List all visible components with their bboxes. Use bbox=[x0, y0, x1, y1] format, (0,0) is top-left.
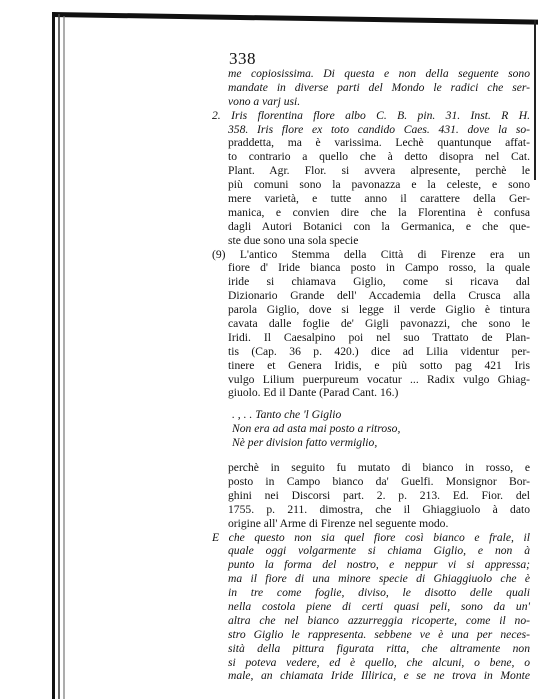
text-line: fiore d' Iride bianca posto in Campo ros… bbox=[228, 261, 530, 275]
footnote-2: 2. Iris florentina flore albo C. B. pin.… bbox=[212, 109, 530, 248]
text-line: stro Giglio le rappresenta. sebbene ve è… bbox=[228, 628, 530, 642]
text-line: Dizionario Grande dell' Accademia della … bbox=[228, 289, 530, 303]
page-number: 338 bbox=[229, 49, 256, 69]
paragraph-after-poem: perchè in seguito fu mutato di bianco in… bbox=[212, 461, 530, 530]
text-line: perchè in seguito fu mutato di bianco in… bbox=[228, 461, 530, 475]
verse-line: . , . . Tanto che 'l Giglio bbox=[232, 408, 530, 422]
text-line: più comuni sono la pavonazza e la celest… bbox=[228, 178, 530, 192]
text-line: Iridi. Il Caesalpino poi nel suo Trattat… bbox=[228, 331, 530, 345]
text-line: 2. Iris florentina flore albo C. B. pin.… bbox=[212, 109, 530, 123]
page-border-right bbox=[534, 20, 536, 180]
text-line: iride si chiamava Giglio, come si ricava… bbox=[228, 275, 530, 289]
text-line: sità della pittura figurata ritta, che a… bbox=[228, 642, 530, 656]
verse-line: Non era ad asta mai posto a ritroso, bbox=[232, 422, 530, 436]
text-line: E che questo non sia quel fiore così bia… bbox=[212, 531, 530, 545]
text-line: dagli Autori Botanici con la Germanica, … bbox=[228, 220, 530, 234]
page-binding-shadow bbox=[58, 14, 60, 699]
text-line: 1755. p. 211. dimostra, che il Ghiaggiuo… bbox=[228, 503, 530, 517]
footnote-9: (9) L'antico Stemma della Città di Firen… bbox=[212, 248, 530, 401]
text-line: nella costola piene di certi quasi peli,… bbox=[228, 600, 530, 614]
text-line: origine all' Arme di Firenze nel seguent… bbox=[228, 517, 530, 531]
text-line: ma il fiore di una minore specie di Ghia… bbox=[228, 572, 530, 586]
text-line: tinere et Genera Iridis, e più sotto pag… bbox=[228, 359, 530, 373]
verse-line: Nè per division fatto vermiglio, bbox=[232, 436, 530, 450]
text-line: praddetta, ma è varissima. Lechè quantun… bbox=[228, 136, 530, 150]
text-line: mandate in diverse parti del Mondo le ra… bbox=[228, 81, 530, 95]
text-line: cavata dalle foglie de' Gigli pavonazzi,… bbox=[228, 317, 530, 331]
page-border-top bbox=[52, 12, 538, 25]
text-line: to contrario a quello che à detto disopr… bbox=[228, 150, 530, 164]
text-line: quale oggi volgarmente si chiama Giglio,… bbox=[228, 544, 530, 558]
text-line: in tre come foglie, diviso, le disotto d… bbox=[228, 586, 530, 600]
text-line: vono a varj usi. bbox=[228, 95, 530, 109]
paragraph-continuation: me copiosissima. Di questa e non della s… bbox=[212, 67, 530, 109]
borghini-quotation: E che questo non sia quel fiore così bia… bbox=[212, 531, 530, 684]
text-line: 358. Iris flore ex toto candido Caes. 43… bbox=[228, 123, 530, 137]
text-line: altra che nel bianco azzurreggia ricoper… bbox=[228, 614, 530, 628]
text-line: ste due sono una sola specie bbox=[228, 234, 530, 248]
page-border-left bbox=[52, 12, 55, 699]
text-line: male, an chiamata Iride Illirica, e se n… bbox=[228, 669, 530, 683]
text-line: Plant. Agr. Flor. si avvera alpresente, … bbox=[228, 164, 530, 178]
page-body: me copiosissima. Di questa e non della s… bbox=[212, 67, 530, 683]
text-line: tis (Cap. 36 p. 420.) dice ad Lilia vide… bbox=[228, 345, 530, 359]
text-line: ghini nei Discorsi part. 2. p. 213. Ed. … bbox=[228, 489, 530, 503]
text-line: mere varietà, e tutte anno il carattere … bbox=[228, 192, 530, 206]
text-line: giuolo. Ed il Dante (Parad Cant. 16.) bbox=[228, 386, 530, 400]
page-binding-shadow-inner bbox=[63, 16, 65, 699]
text-line: parola Giglio, dove si legge il verde Gi… bbox=[228, 303, 530, 317]
text-line: si poteva vedere, ed è quello, che alcun… bbox=[228, 656, 530, 670]
dante-quotation: . , . . Tanto che 'l Giglio Non era ad a… bbox=[212, 408, 530, 450]
text-line: posto in Campo bianco da' Guelfi. Monsig… bbox=[228, 475, 530, 489]
text-line: vulgo Lilium puerpureum vocatur ... Radi… bbox=[228, 373, 530, 387]
text-line: manica, e convien dire che la Florentina… bbox=[228, 206, 530, 220]
text-line: punto la forma del nostro, e neppur vi s… bbox=[228, 558, 530, 572]
text-line: (9) L'antico Stemma della Città di Firen… bbox=[212, 248, 530, 262]
text-line: me copiosissima. Di questa e non della s… bbox=[228, 67, 530, 81]
